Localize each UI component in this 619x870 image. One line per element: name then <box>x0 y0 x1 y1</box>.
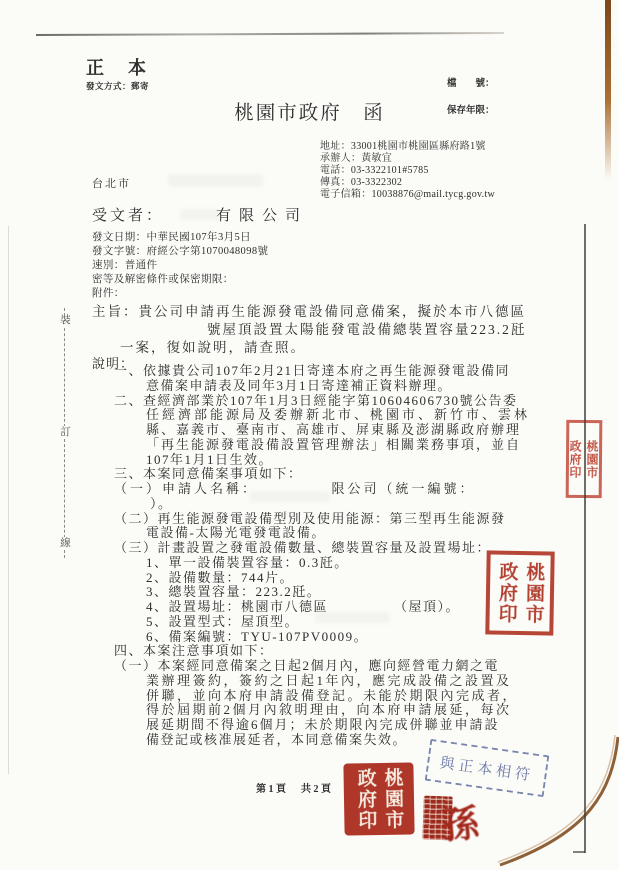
meta-info-line: 發文日期：中華民國107年3月5日 <box>92 231 268 245</box>
recipient-label: 受文者： <box>92 208 164 224</box>
page-number-footer: 第1頁 共2頁 <box>256 780 334 795</box>
vertical-rule-line <box>584 224 586 853</box>
body-line: 縣、嘉義市、臺南市、高雄市、屏東縣及澎湖縣政府辦理 <box>0 423 585 438</box>
document-title: 桃園市政府 函 <box>234 97 385 125</box>
official-name-seal-2: 孫 <box>439 795 481 846</box>
government-seal-main: 桃園市 政府印 <box>343 762 414 835</box>
body-line: 一、依據貴公司107年2月21日寄達本府之再生能源發電設備同 <box>0 364 585 379</box>
body-line: 業辦理簽約，簽約之日起1年內，應完成設備之設置及 <box>0 674 585 689</box>
body-line: 得於屆期前2個月內敘明理由，向本府申請展延，每次 <box>0 703 585 718</box>
vertical-rule-foot <box>573 851 585 853</box>
agency-info-line: 承辦人：黃敏宜 <box>320 153 495 165</box>
subject-line-1: 主旨：貴公司申請再生能源發電設備同意備案，擬於本市八德區 <box>92 300 526 320</box>
seal-text-column: 桃園市 <box>584 440 601 479</box>
binding-mark-label: 訂 <box>60 426 71 439</box>
body-line: 二、查經濟部業於107年1月3日經能字第10604606730號公告委 <box>0 394 585 409</box>
body-line: 電設備-太陽光電發電設備。 <box>0 526 585 541</box>
body-line: 四、本案注意事項如下： <box>0 644 585 659</box>
body-line: 107年1月1日生效。 <box>0 453 585 468</box>
document-meta-info: 發文日期：中華民國107年3月5日發文字號：府經公字第1070048098號速別… <box>92 231 268 301</box>
recipient-name: 有限公司 <box>216 208 308 224</box>
copy-type-label: 正 本 <box>86 54 149 80</box>
delivery-method-label: 發文方式：郵寄 <box>86 80 149 92</box>
agency-info-line: 地址：33001桃園市桃園區縣府路1號 <box>320 141 495 153</box>
body-line: 意備案申請表及同年3月1日寄達補正資料辦理。 <box>0 379 585 394</box>
body-line: 展延期間不得逾6個月；未於期限內完成併聯並申請設 <box>0 718 585 733</box>
file-number-label: 檔 號： <box>447 75 495 89</box>
binding-mark-label: 裝 <box>60 314 71 327</box>
seal-text-column: 桃園市 <box>519 562 547 625</box>
scanned-document-page: 裝訂線 正 本 發文方式：郵寄 檔 號： 保存年限： 桃園市政府 函 地址：33… <box>0 0 619 870</box>
body-line: （一）本案經同意備案之日起2個月內，應向經營電力網之電 <box>0 659 585 674</box>
meta-info-line: 附件： <box>92 287 268 301</box>
agency-contact-info: 地址：33001桃園市桃園區縣府路1號承辦人：黃敏宜電話：03-3322101#… <box>320 141 495 201</box>
right-paper-edge <box>605 0 611 180</box>
body-line: 任經濟部能源局及委辦新北市、桃園市、新竹市、雲林 <box>0 408 585 423</box>
subject-line-3: 一案，復如說明，請查照。 <box>120 336 306 356</box>
subject-line-2: 號屋頂設置太陽能發電設備總裝置容量223.2瓩 <box>207 318 526 338</box>
retention-period-label: 保存年限： <box>447 102 495 116</box>
binding-mark-label: 線 <box>60 537 71 550</box>
redaction-smudge <box>180 209 220 220</box>
binding-marks: 裝訂線 <box>58 314 73 550</box>
seal-text-column: 政府印 <box>492 561 520 624</box>
government-seal-mid: 桃園市 政府印 <box>485 550 554 635</box>
body-line: 「再生能源發電設備設置管理辦法」相關業務事項，並自 <box>0 438 585 453</box>
top-scan-edge-line <box>36 32 504 36</box>
agency-info-line: 電話：03-3322101#5785 <box>320 165 495 177</box>
body-line: （一）申請人名稱： 限公司（統一編號： <box>0 482 585 497</box>
redaction-smudge <box>168 174 263 187</box>
meta-info-line: 速別：普通件 <box>92 259 268 273</box>
body-line: 併聯，並向本府申請設備登記。未能於期限內完成者， <box>0 689 585 704</box>
body-line: ）。 <box>0 497 585 512</box>
agency-info-line: 傳真：03-3322302 <box>320 177 495 189</box>
body-line: 三、本案同意備案事項如下： <box>0 467 585 482</box>
recipient-city: 台北市 <box>92 175 131 191</box>
agency-info-line: 電子信箱：10038876@mail.tycg.gov.tw <box>320 189 495 201</box>
meta-info-line: 發文字號：府經公字第1070048098號 <box>92 245 268 259</box>
seal-text-column: 桃園市 <box>378 767 406 830</box>
body-line: （二）再生能源發電設備型別及使用能源：第三型再生能源發 <box>0 512 585 527</box>
meta-info-line: 密等及解密條件或保密期限： <box>92 273 268 287</box>
seal-text-column: 政府印 <box>351 768 379 831</box>
seal-text-column: 政府印 <box>567 439 584 478</box>
